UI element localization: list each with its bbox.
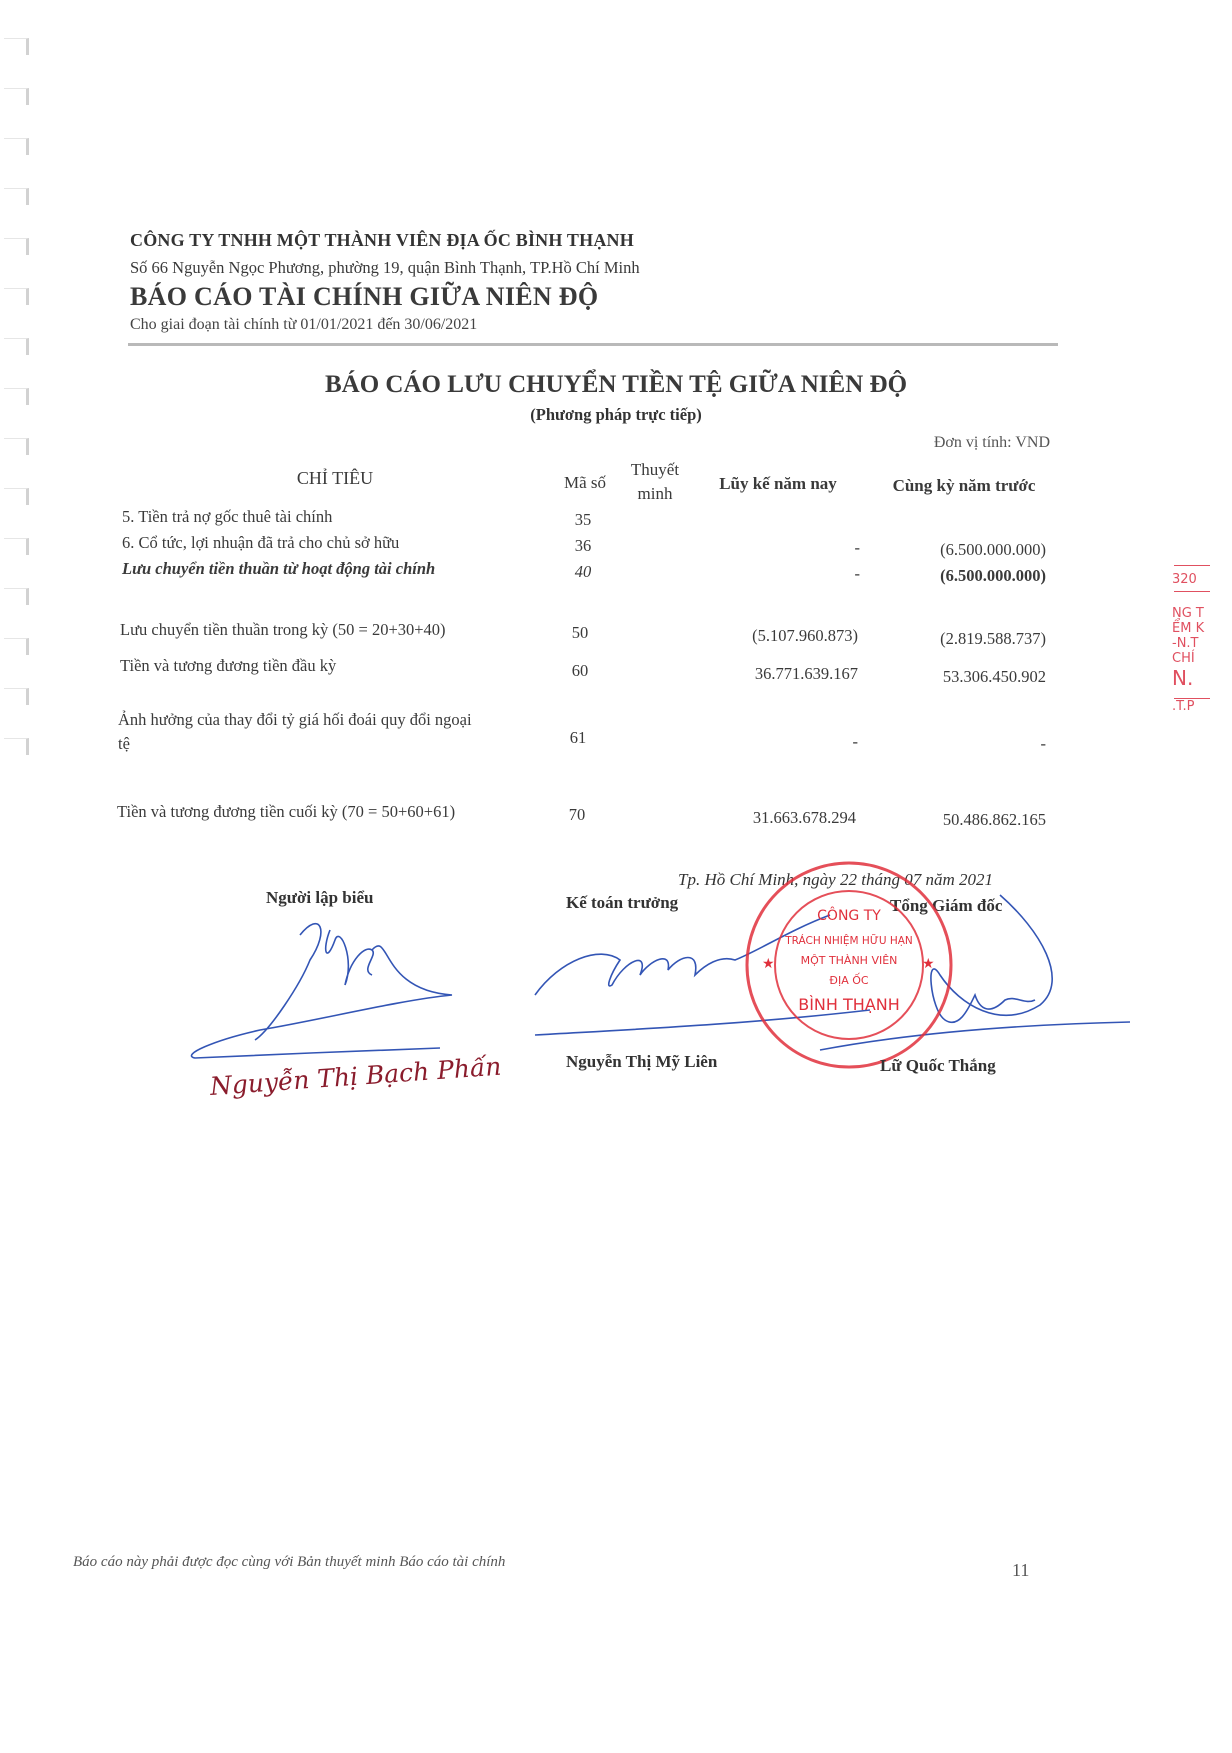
accountant-name: Nguyễn Thị Mỹ Liên: [566, 1052, 717, 1072]
svg-text:TRÁCH NHIỆM HỮU HẠN: TRÁCH NHIỆM HỮU HẠN: [784, 934, 913, 947]
page-number: 11: [1012, 1560, 1029, 1581]
svg-text:BÌNH THẠNH: BÌNH THẠNH: [798, 995, 900, 1014]
handwritten-signatures: [0, 0, 1232, 1753]
svg-text:★: ★: [922, 956, 935, 972]
company-seal-icon: CÔNG TY TRÁCH NHIỆM HỮU HẠN MỘT THÀNH VI…: [742, 858, 956, 1072]
svg-text:★: ★: [762, 956, 775, 972]
svg-text:ĐỊA ỐC: ĐỊA ỐC: [829, 973, 868, 987]
director-name: Lữ Quốc Thắng: [880, 1056, 996, 1076]
svg-text:MỘT THÀNH VIÊN: MỘT THÀNH VIÊN: [801, 954, 898, 967]
svg-text:CÔNG TY: CÔNG TY: [817, 906, 881, 924]
edge-seal-fragment: 320 NG T ỂM K -N.T CHÍ N. .T.P: [1172, 565, 1232, 795]
footer-note: Báo cáo này phải được đọc cùng với Bản t…: [73, 1554, 505, 1571]
